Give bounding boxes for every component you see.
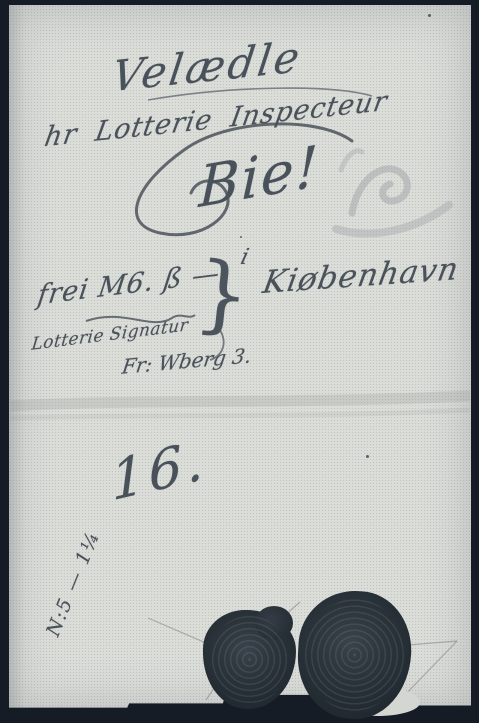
franking-brace: } bbox=[192, 249, 254, 338]
fold-crease bbox=[10, 396, 470, 406]
fold-crease bbox=[10, 410, 470, 418]
wax-seal-right bbox=[295, 588, 415, 722]
scanned-letter-cover: Velædle hr Lotterie Inspecteur Bie! i Ki… bbox=[0, 0, 479, 723]
dust-speck bbox=[366, 455, 369, 458]
pencil-mark bbox=[336, 151, 449, 234]
dust-speck bbox=[428, 14, 431, 17]
dust-speck bbox=[240, 236, 242, 238]
wax-seal-impression-rings bbox=[209, 616, 291, 703]
wax-seal-left bbox=[203, 610, 296, 709]
